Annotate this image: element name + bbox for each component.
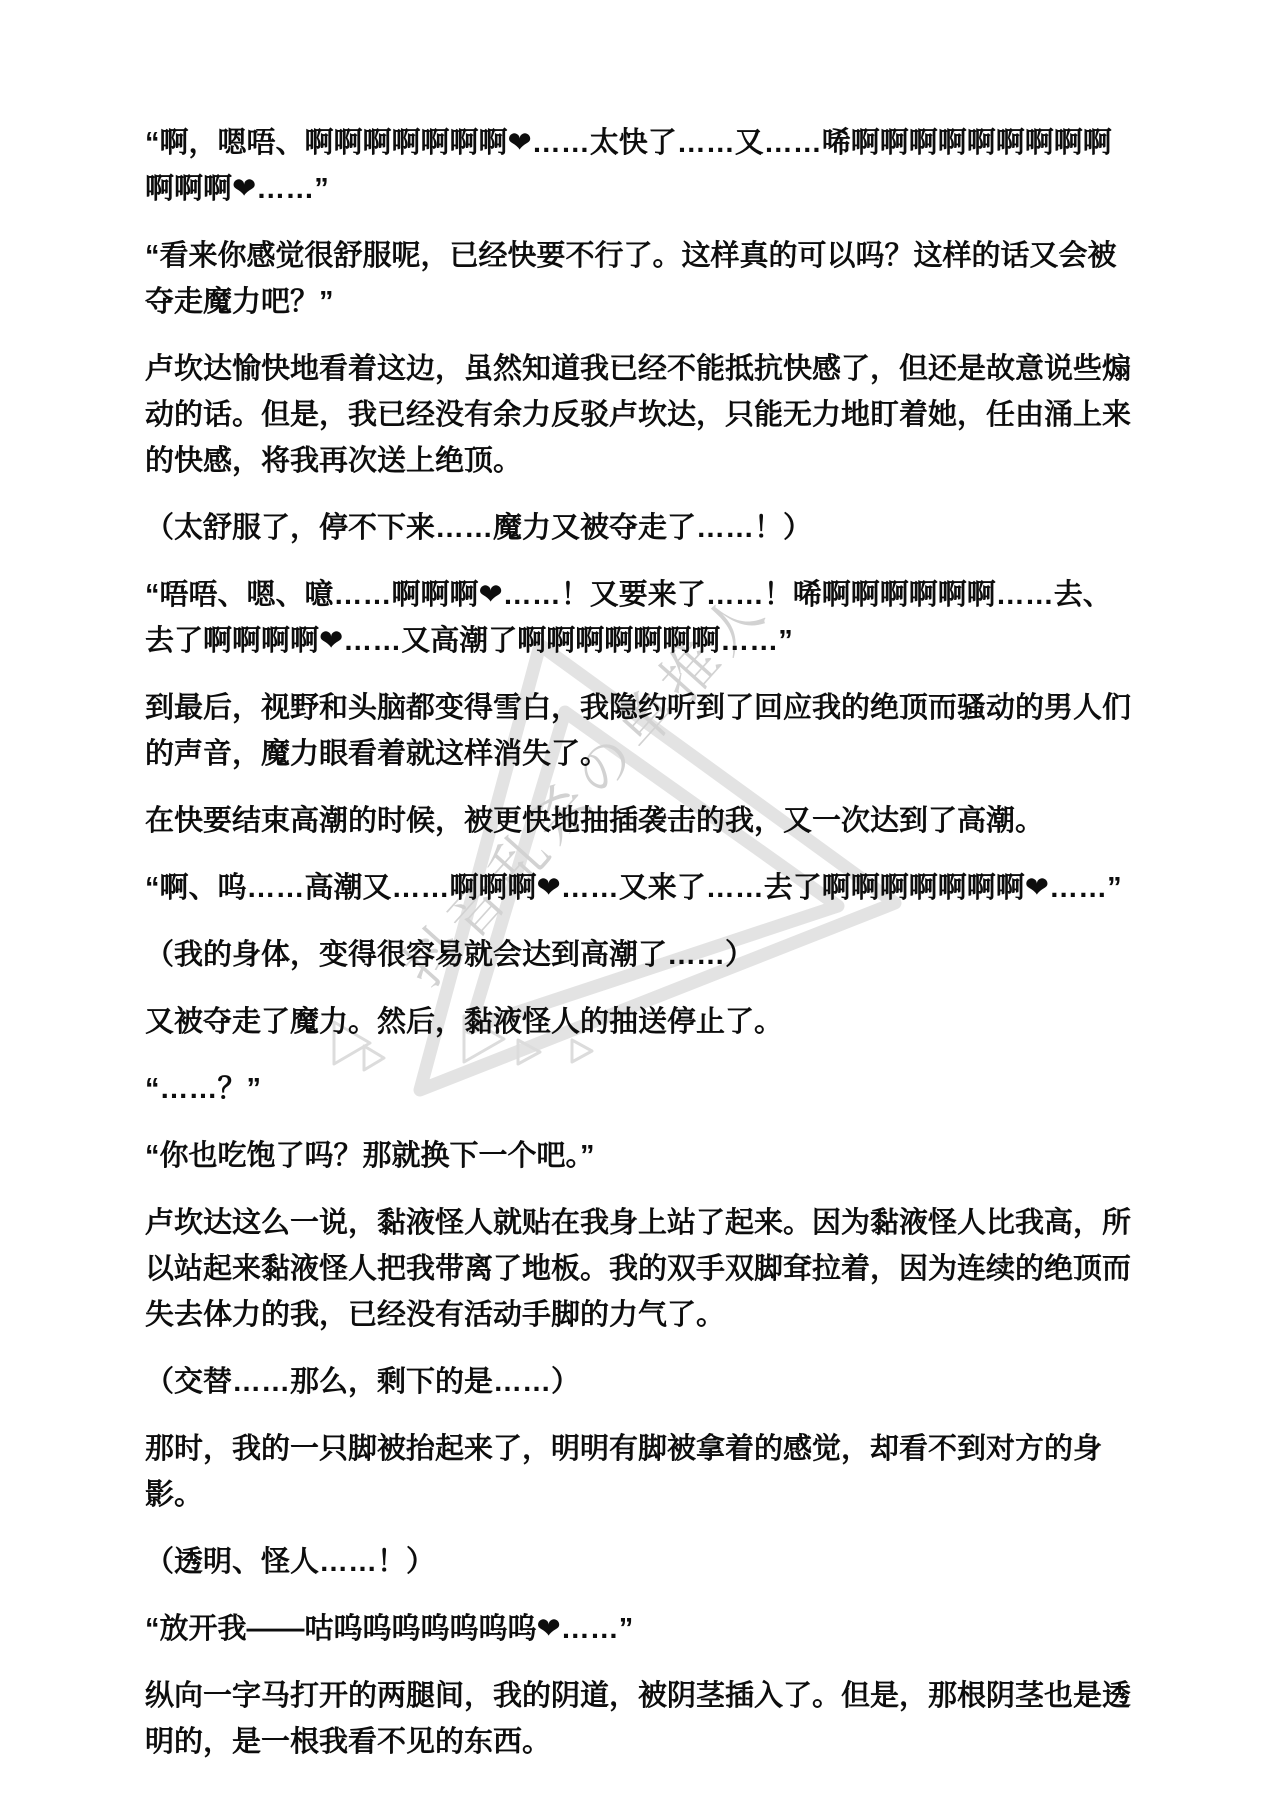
paragraph-thought: （我的身体，变得很容易就会达到高潮了……）: [145, 932, 1137, 978]
paragraph-narration: 在快要结束高潮的时候，被更快地抽插袭击的我，又一次达到了高潮。: [145, 798, 1137, 844]
paragraph-narration: 纵向一字马打开的两腿间，我的阴道，被阴茎插入了。但是，那根阴茎也是透明的，是一根…: [145, 1673, 1137, 1765]
paragraph-dialogue: “啊，嗯唔、啊啊啊啊啊啊啊❤……太快了……又……唏啊啊啊啊啊啊啊啊啊啊啊啊❤………: [145, 120, 1137, 212]
paragraph-narration: 那时，我的一只脚被抬起来了，明明有脚被拿着的感觉，却看不到对方的身影。: [145, 1426, 1137, 1518]
paragraph-narration: 卢坎达愉快地看着这边，虽然知道我已经不能抵抗快感了，但还是故意说些煽动的话。但是…: [145, 346, 1137, 484]
paragraph-dialogue: “唔唔、嗯、噫……啊啊啊❤……！又要来了……！唏啊啊啊啊啊啊……去、去了啊啊啊啊…: [145, 572, 1137, 664]
paragraph-dialogue: “你也吃饱了吗？那就换下一个吧。”: [145, 1133, 1137, 1179]
paragraph-dialogue: “啊、呜……高潮又……啊啊啊❤……又来了……去了啊啊啊啊啊啊啊❤……”: [145, 865, 1137, 911]
paragraph-narration: 又被夺走了魔力。然后，黏液怪人的抽送停止了。: [145, 999, 1137, 1045]
paragraph-dialogue: “放开我——咕呜呜呜呜呜呜呜❤……”: [145, 1606, 1137, 1652]
paragraph-narration: 到最后，视野和头脑都变得雪白，我隐约听到了回应我的绝顶而骚动的男人们的声音，魔力…: [145, 685, 1137, 777]
paragraph-narration: 卢坎达这么一说，黏液怪人就贴在我身上站了起来。因为黏液怪人比我高，所以站起来黏液…: [145, 1200, 1137, 1338]
paragraph-thought: （交替……那么，剩下的是……）: [145, 1359, 1137, 1405]
paragraph-thought: （透明、怪人……！）: [145, 1539, 1137, 1585]
paragraph-dialogue: “……？”: [145, 1066, 1137, 1112]
paragraph-thought: （太舒服了，停不下来……魔力又被夺走了……！）: [145, 505, 1137, 551]
paragraph-dialogue: “看来你感觉很舒服呢，已经快要不行了。这样真的可以吗？这样的话又会被夺走魔力吧？…: [145, 233, 1137, 325]
page-content: “啊，嗯唔、啊啊啊啊啊啊啊❤……太快了……又……唏啊啊啊啊啊啊啊啊啊啊啊啊❤………: [145, 120, 1137, 1786]
document-page: { "page": { "background_color": "#ffffff…: [0, 0, 1280, 1810]
